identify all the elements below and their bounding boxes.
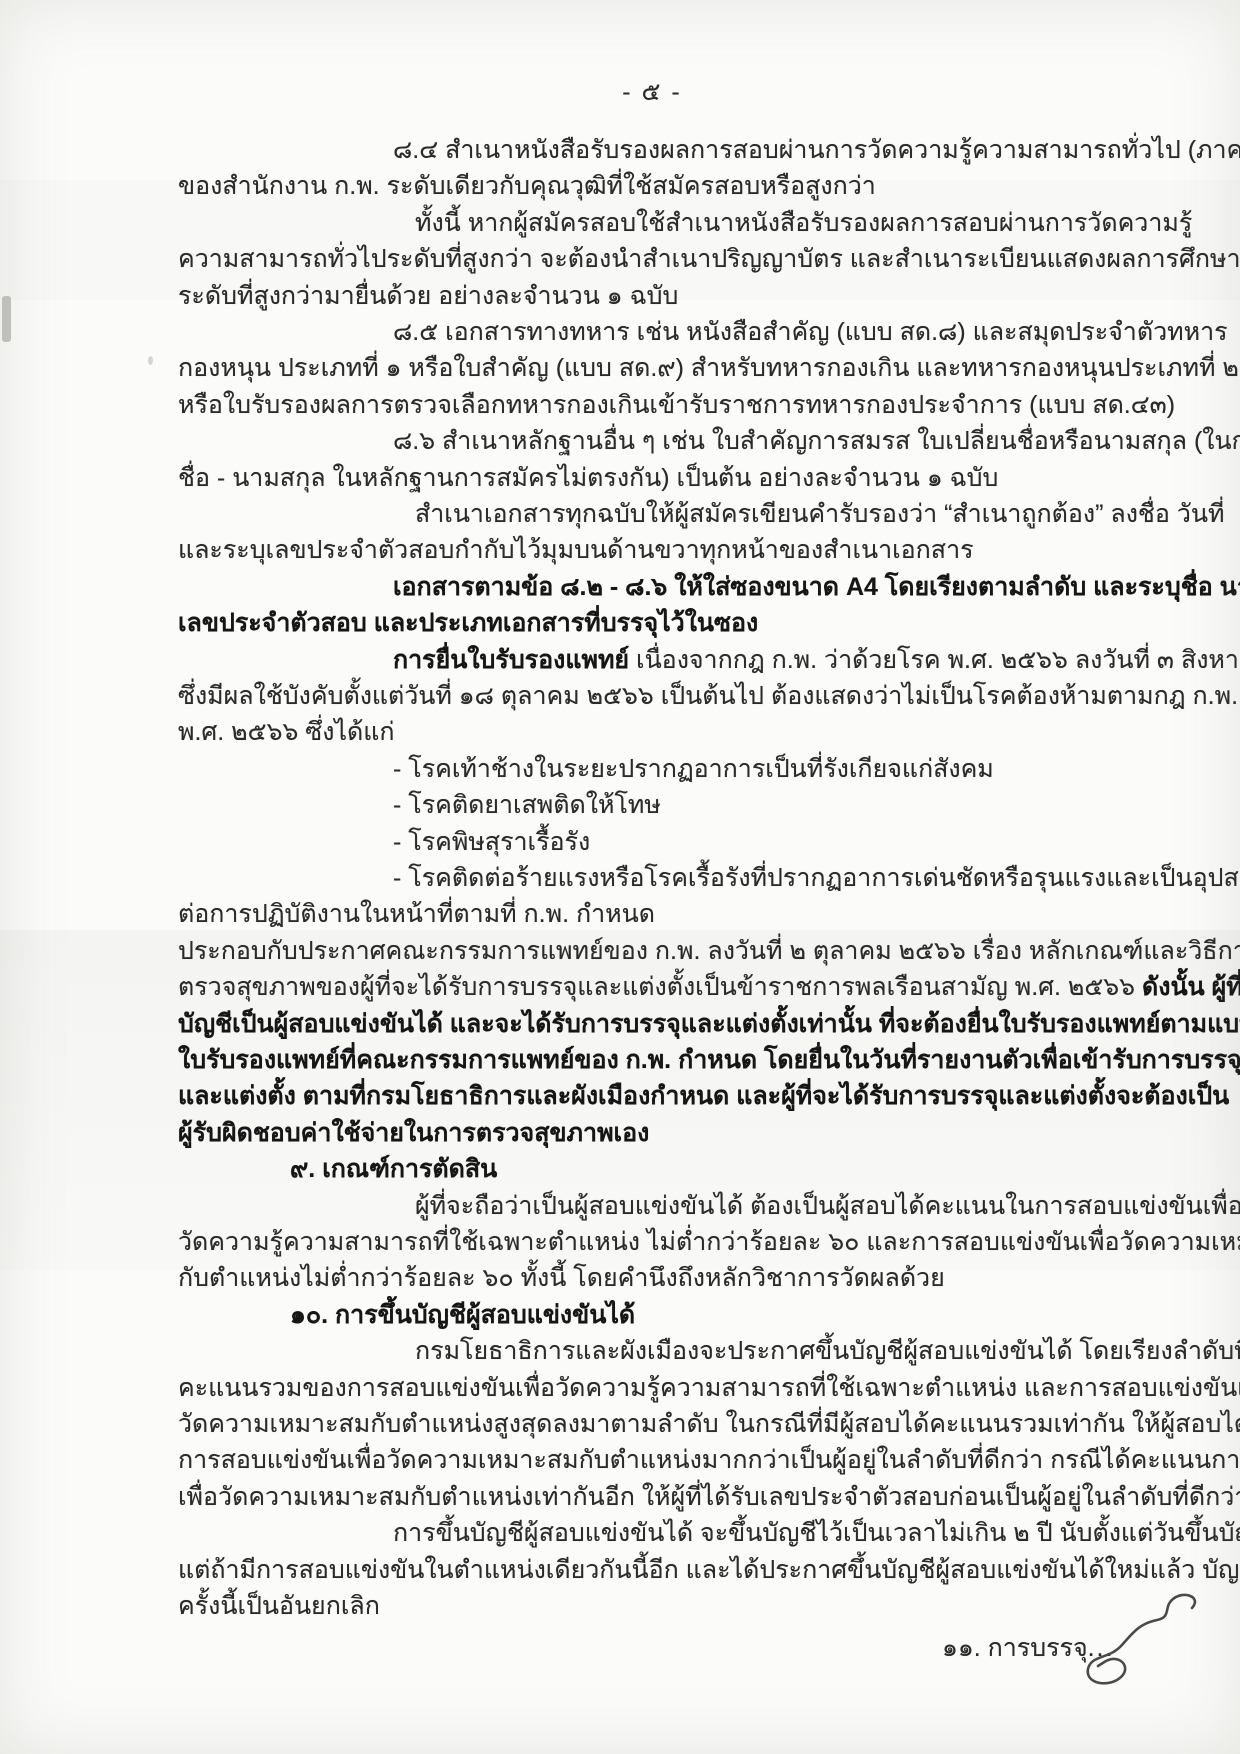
bold-text: ใบรับรองแพทย์ที่คณะกรรมการแพทย์ของ ก.พ. … xyxy=(178,1046,1240,1074)
body-text: ครั้งนี้เป็นอันยกเลิก xyxy=(178,1592,380,1620)
bold-text: ๑๐. การขึ้นบัญชีผู้สอบแข่งขันได้ xyxy=(290,1301,635,1329)
text-line: เอกสารตามข้อ ๘.๒ - ๘.๖ ให้ใส่ซองขนาด A4 … xyxy=(393,570,1240,604)
text-line: ตรวจสุขภาพของผู้ที่จะได้รับการบรรจุและแต… xyxy=(178,970,1240,1004)
scan-artifact xyxy=(2,296,11,342)
text-line: สำเนาเอกสารทุกฉบับให้ผู้สมัครเขียนคำรับร… xyxy=(415,497,1224,531)
body-text: พ.ศ. ๒๕๖๖ ซึ่งได้แก่ xyxy=(178,718,395,746)
body-text: ๘.๖ สำเนาหลักฐานอื่น ๆ เช่น ใบสำคัญการสม… xyxy=(393,427,1240,455)
text-line: การสอบแข่งขันเพื่อวัดความเหมาะสมกับตำแหน… xyxy=(178,1443,1240,1477)
text-line: ครั้งนี้เป็นอันยกเลิก xyxy=(178,1589,380,1623)
bold-text: ผู้รับผิดชอบค่าใช้จ่ายในการตรวจสุขภาพเอง xyxy=(178,1119,649,1147)
text-line: ผู้ที่จะถือว่าเป็นผู้สอบแข่งขันได้ ต้องเ… xyxy=(415,1189,1240,1223)
body-text: สำเนาเอกสารทุกฉบับให้ผู้สมัครเขียนคำรับร… xyxy=(415,500,1224,528)
text-line: ผู้รับผิดชอบค่าใช้จ่ายในการตรวจสุขภาพเอง xyxy=(178,1116,649,1150)
bold-text: และแต่งตั้ง ตามที่กรมโยธาธิการและผังเมือ… xyxy=(178,1082,1229,1110)
body-text: หรือใบรับรองผลการตรวจเลือกทหารกองเกินเข้… xyxy=(178,391,1175,419)
body-text: เพื่อวัดความเหมาะสมกับตำแหน่งเท่ากันอีก … xyxy=(178,1483,1240,1511)
body-text: ๘.๔ สำเนาหนังสือรับรองผลการสอบผ่านการวัด… xyxy=(393,136,1240,164)
text-line: วัดความรู้ความสามารถที่ใช้เฉพาะตำแหน่ง ไ… xyxy=(178,1225,1240,1259)
medical-certificate-clause: การยื่นใบรับรองแพทย์ เนื่องจากกฎ ก.พ. ว่… xyxy=(393,643,1240,677)
text-line: กองหนุน ประเภทที่ ๑ หรือใบสำคัญ (แบบ สด.… xyxy=(178,351,1239,385)
body-text: ผู้ที่จะถือว่าเป็นผู้สอบแข่งขันได้ ต้องเ… xyxy=(415,1192,1240,1220)
body-text: และระบุเลขประจำตัวสอบกำกับไว้มุมบนด้านขว… xyxy=(178,536,974,564)
disease-list-item: - โรคติดยาเสพติดให้โทษ xyxy=(393,788,661,822)
bold-text: เอกสารตามข้อ ๘.๒ - ๘.๖ ให้ใส่ซองขนาด A4 … xyxy=(393,573,1240,601)
body-text: กรมโยธาธิการและผังเมืองจะประกาศขึ้นบัญชี… xyxy=(415,1337,1240,1365)
text-line: ใบรับรองแพทย์ที่คณะกรรมการแพทย์ของ ก.พ. … xyxy=(178,1043,1240,1077)
text-line: การขึ้นบัญชีผู้สอบแข่งขันได้ จะขึ้นบัญชี… xyxy=(393,1516,1240,1550)
document-page: - ๕ - ๘.๔ สำเนาหนังสือรับรองผลการสอบผ่าน… xyxy=(0,0,1240,1754)
body-text: การสอบแข่งขันเพื่อวัดความเหมาะสมกับตำแหน… xyxy=(178,1446,1240,1474)
body-text: กองหนุน ประเภทที่ ๑ หรือใบสำคัญ (แบบ สด.… xyxy=(178,354,1239,382)
body-text: ความสามารถทั่วไประดับที่สูงกว่า จะต้องนำ… xyxy=(178,245,1240,273)
body-text: ตรวจสุขภาพของผู้ที่จะได้รับการบรรจุและแต… xyxy=(178,973,1142,1001)
text-line: ทั้งนี้ หากผู้สมัครสอบใช้สำเนาหนังสือรับ… xyxy=(415,206,1192,240)
body-text: - โรคเท้าช้างในระยะปรากฏอาการเป็นที่รังเ… xyxy=(393,755,994,783)
text-line: ต่อการปฏิบัติงานในหน้าที่ตามที่ ก.พ. กำห… xyxy=(178,897,655,931)
text-line: เลขประจำตัวสอบ และประเภทเอกสารที่บรรจุไว… xyxy=(178,606,758,640)
body-text: ของสำนักงาน ก.พ. ระดับเดียวกับคุณวุฒิที่… xyxy=(178,172,876,200)
text-line: พ.ศ. ๒๕๖๖ ซึ่งได้แก่ xyxy=(178,715,395,749)
body-text: ประกอบกับประกาศคณะกรรมการแพทย์ของ ก.พ. ล… xyxy=(178,937,1240,965)
body-text: ชื่อ - นามสกุล ในหลักฐานการสมัครไม่ตรงกั… xyxy=(178,464,998,492)
text-line: เพื่อวัดความเหมาะสมกับตำแหน่งเท่ากันอีก … xyxy=(178,1480,1240,1514)
body-text: ทั้งนี้ หากผู้สมัครสอบใช้สำเนาหนังสือรับ… xyxy=(415,209,1192,237)
bold-text: เลขประจำตัวสอบ และประเภทเอกสารที่บรรจุไว… xyxy=(178,609,758,637)
clause-8-4: ๘.๔ สำเนาหนังสือรับรองผลการสอบผ่านการวัด… xyxy=(393,133,1240,167)
scan-artifact xyxy=(148,356,153,365)
clause-8-6: ๘.๖ สำเนาหลักฐานอื่น ๆ เช่น ใบสำคัญการสม… xyxy=(393,424,1240,458)
text-line: และแต่งตั้ง ตามที่กรมโยธาธิการและผังเมือ… xyxy=(178,1079,1229,1113)
text-line: ความสามารถทั่วไประดับที่สูงกว่า จะต้องนำ… xyxy=(178,242,1240,276)
text-line: และระบุเลขประจำตัวสอบกำกับไว้มุมบนด้านขว… xyxy=(178,533,974,567)
body-text: เนื่องจากกฎ ก.พ. ว่าด้วยโรค พ.ศ. ๒๕๖๖ ลง… xyxy=(629,646,1240,674)
bold-text: ๙. เกณฑ์การตัดสิน xyxy=(290,1155,497,1183)
body-text: ระดับที่สูงกว่ามายื่นด้วย อย่างละจำนวน ๑… xyxy=(178,282,678,310)
text-line: วัดความเหมาะสมกับตำแหน่งสูงสุดลงมาตามลำด… xyxy=(178,1407,1240,1441)
body-text: ๘.๕ เอกสารทางทหาร เช่น หนังสือสำคัญ (แบบ… xyxy=(393,318,1228,346)
bold-text: บัญชีเป็นผู้สอบแข่งขันได้ และจะได้รับการ… xyxy=(178,1010,1240,1038)
document-body: ๘.๔ สำเนาหนังสือรับรองผลการสอบผ่านการวัด… xyxy=(178,0,1128,1754)
text-line: ประกอบกับประกาศคณะกรรมการแพทย์ของ ก.พ. ล… xyxy=(178,934,1240,968)
heading-10-listing: ๑๐. การขึ้นบัญชีผู้สอบแข่งขันได้ xyxy=(290,1298,635,1332)
text-line: ระดับที่สูงกว่ามายื่นด้วย อย่างละจำนวน ๑… xyxy=(178,279,678,313)
text-line: ซึ่งมีผลใช้บังคับตั้งแต่วันที่ ๑๘ ตุลาคม… xyxy=(178,679,1240,713)
text-line: คะแนนรวมของการสอบแข่งขันเพื่อวัดความรู้ค… xyxy=(178,1371,1240,1405)
body-text: ต่อการปฏิบัติงานในหน้าที่ตามที่ ก.พ. กำห… xyxy=(178,900,655,928)
bold-text: ดังนั้น ผู้ที่ได้ขึ้น xyxy=(1142,973,1240,1001)
disease-list-item: - โรคเท้าช้างในระยะปรากฏอาการเป็นที่รังเ… xyxy=(393,752,994,786)
disease-list-item: - โรคติดต่อร้ายแรงหรือโรคเรื้อรังที่ปราก… xyxy=(393,861,1240,895)
text-line: ชื่อ - นามสกุล ในหลักฐานการสมัครไม่ตรงกั… xyxy=(178,461,998,495)
body-text: คะแนนรวมของการสอบแข่งขันเพื่อวัดความรู้ค… xyxy=(178,1374,1240,1402)
disease-list-item: - โรคพิษสุราเรื้อรัง xyxy=(393,825,590,859)
text-line: กับตำแหน่งไม่ต่ำกว่าร้อยละ ๖๐ ทั้งนี้ โด… xyxy=(178,1261,945,1295)
bold-text: การยื่นใบรับรองแพทย์ xyxy=(393,646,629,674)
body-text: วัดความรู้ความสามารถที่ใช้เฉพาะตำแหน่ง ไ… xyxy=(178,1228,1240,1256)
text-line: ของสำนักงาน ก.พ. ระดับเดียวกับคุณวุฒิที่… xyxy=(178,169,876,203)
body-text: การขึ้นบัญชีผู้สอบแข่งขันได้ จะขึ้นบัญชี… xyxy=(393,1519,1240,1547)
text-line: หรือใบรับรองผลการตรวจเลือกทหารกองเกินเข้… xyxy=(178,388,1175,422)
continuation-text: ๑๑. การบรรจุ xyxy=(942,1634,1088,1662)
text-line: บัญชีเป็นผู้สอบแข่งขันได้ และจะได้รับการ… xyxy=(178,1007,1240,1041)
text-line: แต่ถ้ามีการสอบแข่งขันในตำแหน่งเดียวกันนี… xyxy=(178,1553,1240,1587)
signature-scribble-icon xyxy=(1078,1588,1210,1700)
heading-9-criteria: ๙. เกณฑ์การตัดสิน xyxy=(290,1152,497,1186)
body-text: - โรคพิษสุราเรื้อรัง xyxy=(393,828,590,856)
clause-8-5: ๘.๕ เอกสารทางทหาร เช่น หนังสือสำคัญ (แบบ… xyxy=(393,315,1228,349)
text-line: กรมโยธาธิการและผังเมืองจะประกาศขึ้นบัญชี… xyxy=(415,1334,1240,1368)
body-text: ซึ่งมีผลใช้บังคับตั้งแต่วันที่ ๑๘ ตุลาคม… xyxy=(178,682,1240,710)
body-text: กับตำแหน่งไม่ต่ำกว่าร้อยละ ๖๐ ทั้งนี้ โด… xyxy=(178,1264,945,1292)
body-text: วัดความเหมาะสมกับตำแหน่งสูงสุดลงมาตามลำด… xyxy=(178,1410,1240,1438)
body-text: แต่ถ้ามีการสอบแข่งขันในตำแหน่งเดียวกันนี… xyxy=(178,1556,1240,1584)
body-text: - โรคติดยาเสพติดให้โทษ xyxy=(393,791,661,819)
body-text: - โรคติดต่อร้ายแรงหรือโรคเรื้อรังที่ปราก… xyxy=(393,864,1240,892)
